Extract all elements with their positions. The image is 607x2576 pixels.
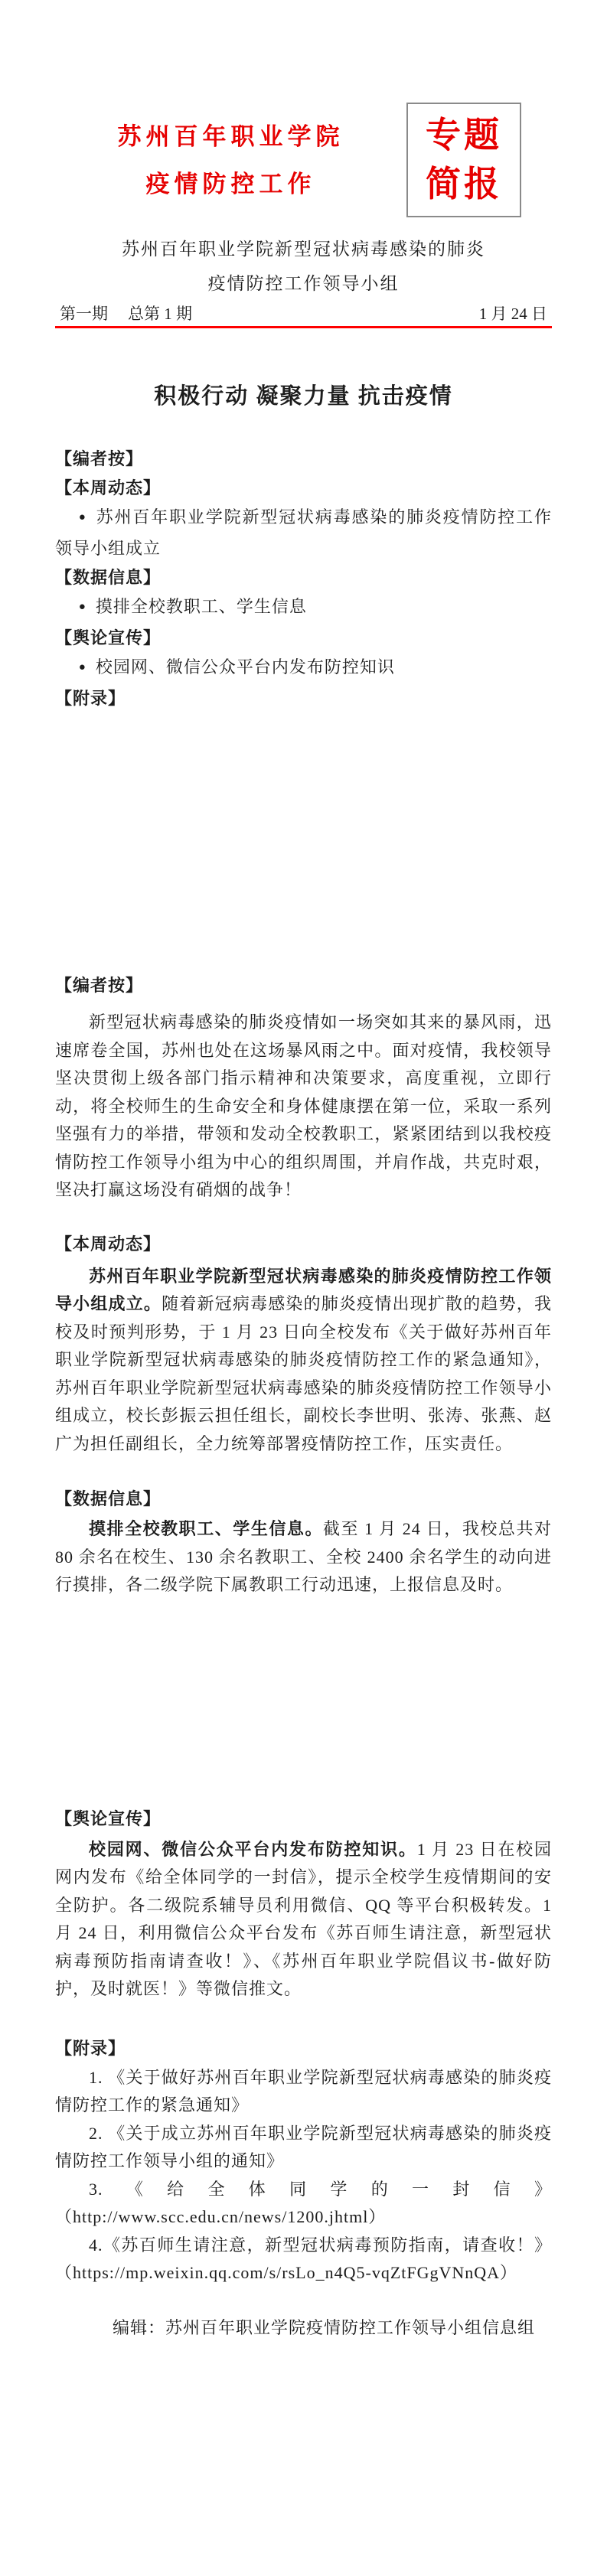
masthead: 苏州百年职业学院 疫情防控工作 专题 简报 bbox=[55, 103, 552, 219]
masthead-title-line2: 疫情防控工作 bbox=[55, 161, 406, 208]
toc-heading-publicity: 【舆论宣传】 bbox=[55, 624, 552, 653]
badge-line2: 简报 bbox=[426, 160, 502, 209]
section-heading-editors-note: 【编者按】 bbox=[55, 973, 552, 998]
publicity-paragraph: 校园网、微信公众平台内发布防控知识。1 月 23 日在校园网内发布《给全体同学的… bbox=[55, 1836, 552, 2004]
section-heading-publicity: 【舆论宣传】 bbox=[55, 1807, 552, 1831]
issue-date: 1 月 24 日 bbox=[479, 304, 547, 324]
issue-total: 总第 1 期 bbox=[128, 305, 192, 323]
organization-line1: 苏州百年职业学院新型冠状病毒感染的肺炎 bbox=[55, 232, 552, 266]
organization-name: 苏州百年职业学院新型冠状病毒感染的肺炎 疫情防控工作领导小组 bbox=[55, 232, 552, 301]
appendix-item-2: 2. 《关于成立苏州百年职业学院新型冠状病毒感染的肺炎疫情防控工作领导小组的通知… bbox=[55, 2120, 552, 2176]
toc-item-weekly-label: 苏州百年职业学院新型冠状病毒感染的肺炎疫情防控工作领导小组成立 bbox=[55, 507, 552, 558]
appendix-item-1: 1. 《关于做好苏州百年职业学院新型冠状病毒感染的肺炎疫情防控工作的紧急通知》 bbox=[55, 2064, 552, 2120]
editors-note-paragraph: 新型冠状病毒感染的肺炎疫情如一场突如其来的暴风雨，迅速席卷全国，苏州也处在这场暴… bbox=[55, 1009, 552, 1205]
toc-item-data: ●摸排全校教职工、学生信息 bbox=[55, 592, 552, 624]
weekly-body: 随着新冠病毒感染的肺炎疫情出现扩散的趋势，我校及时预判形势，于 1 月 23 日… bbox=[55, 1294, 552, 1453]
appendix-item-3: 3.《给全体同学的一封信》（http://www.scc.edu.cn/news… bbox=[55, 2176, 552, 2232]
masthead-title: 苏州百年职业学院 疫情防控工作 bbox=[55, 103, 406, 219]
weekly-paragraph: 苏州百年职业学院新型冠状病毒感染的肺炎疫情防控工作领导小组成立。随着新冠病毒感染… bbox=[55, 1263, 552, 1459]
section-heading-appendix: 【附录】 bbox=[55, 2036, 552, 2061]
bullet-icon: ● bbox=[79, 592, 86, 621]
appendix-list: 1. 《关于做好苏州百年职业学院新型冠状病毒感染的肺炎疫情防控工作的紧急通知》 … bbox=[55, 2064, 552, 2287]
toc-heading-editors-note: 【编者按】 bbox=[55, 445, 552, 474]
special-bulletin-badge: 专题 简报 bbox=[406, 103, 521, 217]
toc-item-weekly: ●苏州百年职业学院新型冠状病毒感染的肺炎疫情防控工作领导小组成立 bbox=[55, 503, 552, 563]
bulletin-page: 苏州百年职业学院 疫情防控工作 专题 简报 苏州百年职业学院新型冠状病毒感染的肺… bbox=[0, 0, 607, 2576]
data-lead: 摸排全校教职工、学生信息。 bbox=[89, 1519, 323, 1538]
page-title: 积极行动 凝聚力量 抗击疫情 bbox=[55, 382, 552, 411]
issue-number: 第一期 bbox=[60, 305, 108, 323]
publicity-lead: 校园网、微信公众平台内发布防控知识。 bbox=[89, 1840, 417, 1859]
issue-bar: 第一期总第 1 期 1 月 24 日 bbox=[55, 304, 552, 324]
bullet-icon: ● bbox=[79, 503, 86, 532]
toc-item-data-label: 摸排全校教职工、学生信息 bbox=[96, 597, 307, 616]
data-paragraph: 摸排全校教职工、学生信息。截至 1 月 24 日，我校总共对 80 余名在校生、… bbox=[55, 1515, 552, 1599]
issue-numbers: 第一期总第 1 期 bbox=[60, 304, 212, 324]
publicity-body: 1 月 23 日在校园网内发布《给全体同学的一封信》，提示全校学生疫情期间的安全… bbox=[55, 1840, 552, 1999]
bullet-icon: ● bbox=[79, 653, 86, 682]
section-heading-weekly: 【本周动态】 bbox=[55, 1232, 552, 1257]
toc-item-publicity: ●校园网、微信公众平台内发布防控知识 bbox=[55, 653, 552, 684]
toc-item-publicity-label: 校园网、微信公众平台内发布防控知识 bbox=[96, 657, 395, 677]
appendix-item-4: 4.《苏百师生请注意，新型冠状病毒预防指南，请查收！》（https://mp.w… bbox=[55, 2232, 552, 2287]
toc-heading-appendix: 【附录】 bbox=[55, 684, 552, 713]
table-of-contents: 【编者按】 【本周动态】 ●苏州百年职业学院新型冠状病毒感染的肺炎疫情防控工作领… bbox=[55, 445, 552, 713]
editor-credit: 编辑：苏州百年职业学院疫情防控工作领导小组信息组 bbox=[55, 2317, 552, 2340]
toc-heading-weekly: 【本周动态】 bbox=[55, 474, 552, 503]
masthead-title-line1: 苏州百年职业学院 bbox=[55, 113, 406, 161]
section-heading-data: 【数据信息】 bbox=[55, 1487, 552, 1511]
red-divider-rule bbox=[55, 326, 552, 328]
badge-line1: 专题 bbox=[426, 111, 502, 160]
toc-heading-data: 【数据信息】 bbox=[55, 563, 552, 592]
organization-line2: 疫情防控工作领导小组 bbox=[55, 266, 552, 301]
